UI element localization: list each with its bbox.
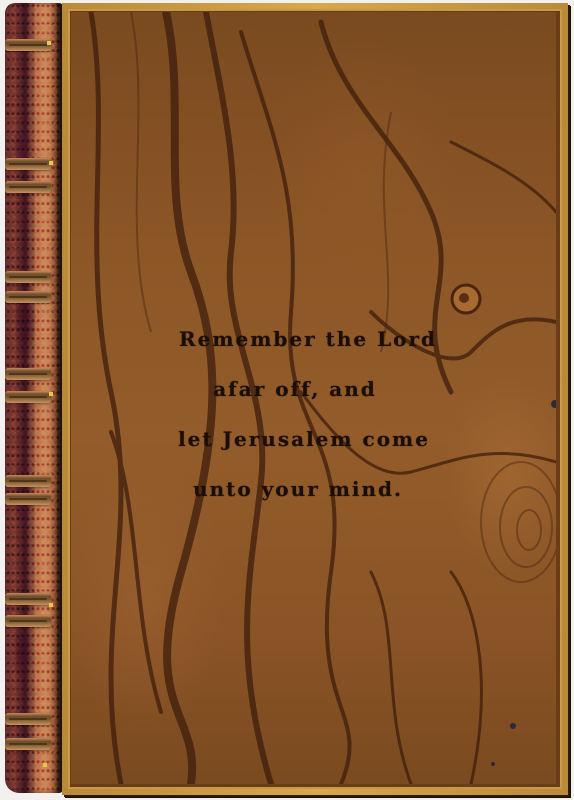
gilt-fleck — [49, 603, 53, 607]
inscription-line: unto your mind. — [126, 464, 470, 514]
gilt-fleck — [43, 763, 47, 767]
spine-band — [5, 738, 51, 750]
gilt-fleck — [49, 161, 53, 165]
spine-band — [5, 391, 51, 403]
inscription-line: let Jerusalem come — [138, 414, 470, 464]
spine-band — [5, 291, 51, 303]
spine-band — [5, 158, 51, 170]
spine-band — [5, 271, 51, 283]
inscription-line: afar off, and — [120, 364, 470, 414]
spine-band — [5, 713, 51, 725]
book-spine — [5, 3, 63, 793]
spine-band — [5, 39, 51, 51]
gilt-fleck — [49, 392, 53, 396]
cover-inscription: Remember the Lord afar off, and let Jeru… — [150, 314, 470, 514]
spine-band — [5, 493, 51, 505]
inscription-line: Remember the Lord — [146, 314, 470, 364]
spine-band — [5, 368, 51, 380]
spine-band — [5, 593, 51, 605]
spine-band — [5, 475, 51, 487]
spine-band — [5, 181, 51, 193]
spine-band — [5, 615, 51, 627]
book: Remember the Lord afar off, and let Jeru… — [0, 0, 574, 800]
gilt-fleck — [47, 41, 51, 45]
